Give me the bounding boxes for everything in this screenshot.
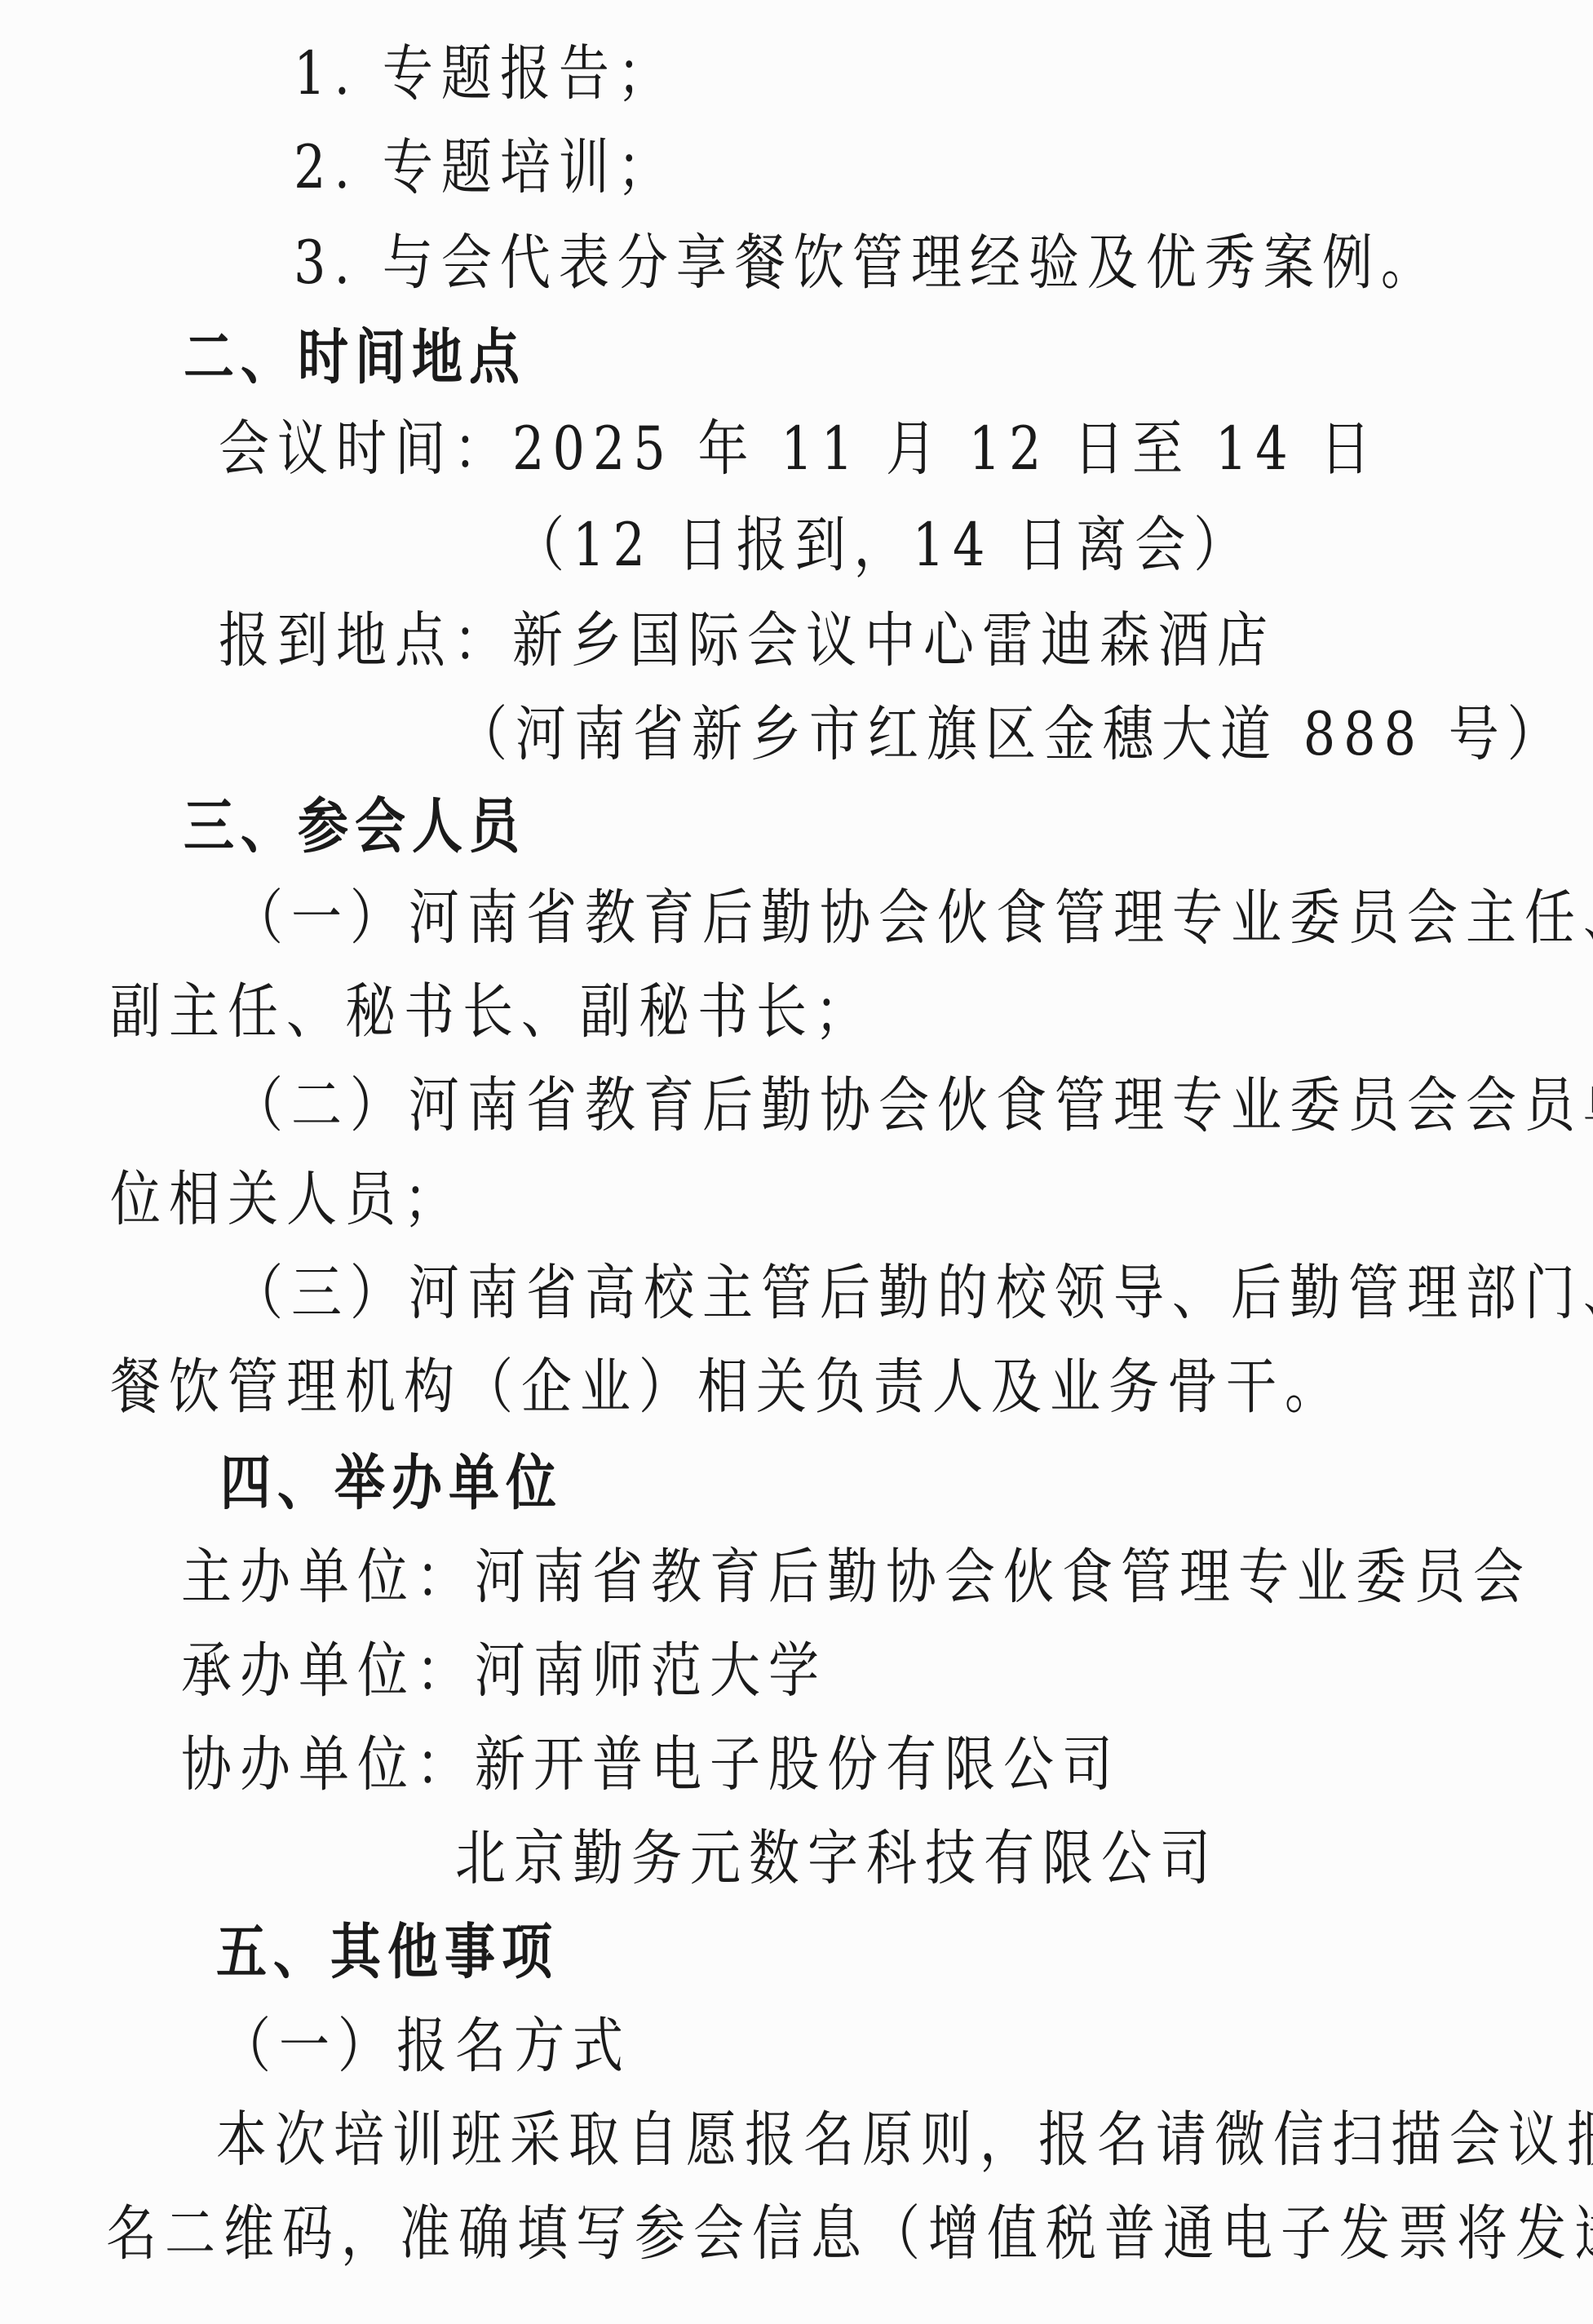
host-label: 主办单位： <box>181 1541 475 1611</box>
section-heading-other: 五、其他事项 <box>216 1914 559 1990</box>
co-organizer-2: 北京勤务元数字科技有限公司 <box>455 1820 1219 1897</box>
registration-subheading: （一）报名方式 <box>220 2007 631 2084</box>
organizer-label: 承办单位： <box>181 1635 475 1705</box>
section-heading-time-place: 二、时间地点 <box>184 319 526 396</box>
meeting-time-label: 会议时间： <box>219 413 512 483</box>
checkin-place-row: 报到地点：新乡国际会议中心雷迪森酒店 <box>219 602 1276 679</box>
meeting-time-row: 会议时间：2025 年 11 月 12 日至 14 日 <box>219 410 1378 487</box>
agenda-item-2: 2. 专题培训； <box>294 129 676 206</box>
document-page: 1. 专题报告； 2. 专题培训； 3. 与会代表分享餐饮管理经验及优秀案例。 … <box>0 0 1593 2324</box>
host-value: 河南省教育后勤协会伙食管理专业委员会 <box>475 1541 1532 1611</box>
co-organizer-row: 协办单位：新开普电子股份有限公司 <box>181 1726 1121 1803</box>
meeting-time-note: （12 日报到，14 日离会） <box>514 507 1252 583</box>
checkin-address: （河南省新乡市红旗区金穗大道 888 号） <box>457 696 1566 772</box>
meeting-time-value: 2025 年 11 月 12 日至 14 日 <box>512 413 1378 483</box>
attendee-item-2-line2: 位相关人员； <box>110 1161 462 1237</box>
attendee-item-1-line2: 副主任、秘书长、副秘书长； <box>110 973 874 1050</box>
attendee-item-2-line1: （二）河南省教育后勤协会伙食管理专业委员会会员单 <box>232 1067 1593 1144</box>
attendee-item-1-line1: （一）河南省教育后勤协会伙食管理专业委员会主任、 <box>232 879 1593 956</box>
agenda-item-1: 1. 专题报告； <box>294 35 676 112</box>
co-organizer-1: 新开普电子股份有限公司 <box>475 1729 1121 1799</box>
attendee-item-3-line2: 餐饮管理机构（企业）相关负责人及业务骨干。 <box>110 1348 1343 1425</box>
checkin-place-value: 新乡国际会议中心雷迪森酒店 <box>512 604 1276 675</box>
co-organizer-label: 协办单位： <box>181 1729 475 1799</box>
organizer-value: 河南师范大学 <box>475 1635 827 1705</box>
organizer-row: 承办单位：河南师范大学 <box>181 1632 827 1709</box>
registration-paragraph-line1: 本次培训班采取自愿报名原则，报名请微信扫描会议报 <box>216 2101 1593 2178</box>
section-heading-attendees: 三、参会人员 <box>184 788 526 865</box>
attendee-item-3-line1: （三）河南省高校主管后勤的校领导、后勤管理部门、 <box>232 1255 1593 1331</box>
section-heading-organizers: 四、举办单位 <box>220 1445 563 1521</box>
agenda-item-3: 3. 与会代表分享餐饮管理经验及优秀案例。 <box>294 224 1440 301</box>
host-row: 主办单位：河南省教育后勤协会伙食管理专业委员会 <box>181 1538 1532 1615</box>
registration-paragraph-line2: 名二维码，准确填写参会信息（增值税普通电子发票将发送 <box>106 2195 1593 2272</box>
checkin-place-label: 报到地点： <box>219 604 512 675</box>
